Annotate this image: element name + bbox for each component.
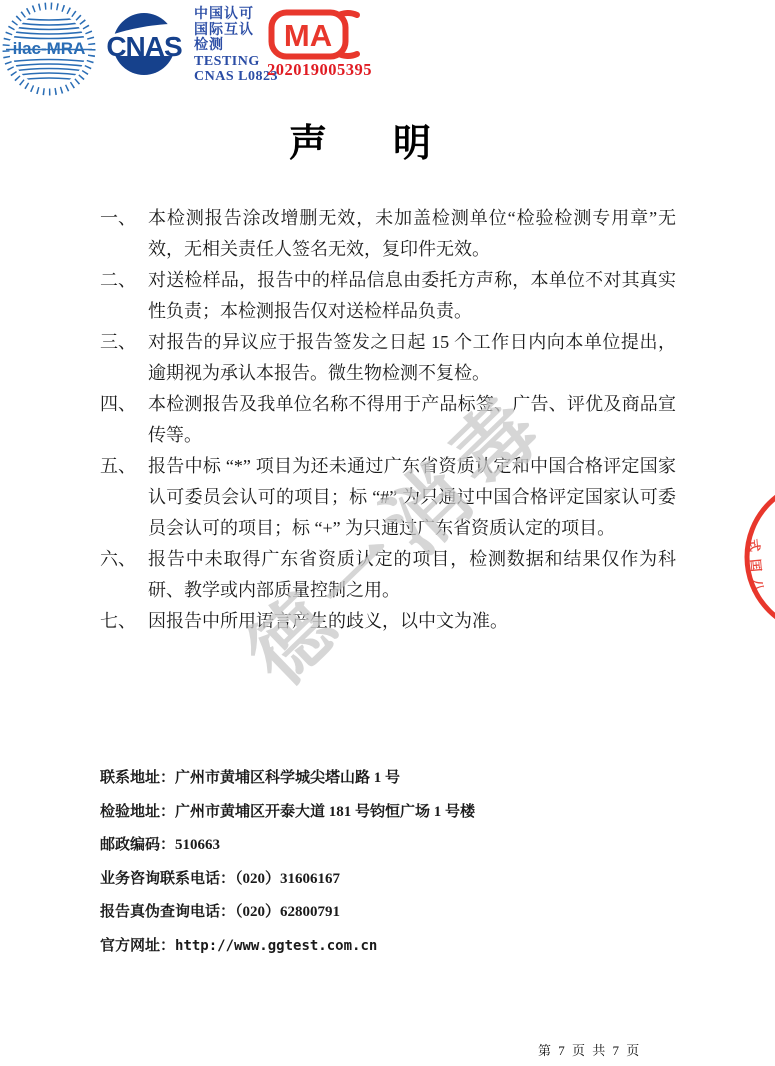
svg-text:ilac-MRA: ilac-MRA	[13, 39, 86, 58]
contact-line-business-phone: 业务咨询联系电话：（020）31606167	[100, 863, 475, 897]
cnas-logo-text: CNAS	[106, 31, 182, 62]
contact-value: （020）62800791	[235, 904, 340, 920]
contact-label: 邮政编码：	[100, 837, 175, 853]
contact-label: 联系地址：	[100, 770, 175, 786]
statement-list: 一、 本检测报告涂改增删无效，未加盖检测单位“检验检测专用章”无效，无相关责任人…	[100, 203, 676, 637]
statement-item: 五、 报告中标 “*” 项目为还未通过广东省资质认定和中国合格评定国家认可委员会…	[100, 451, 676, 544]
statement-number: 七、	[100, 606, 148, 637]
cma-certificate-number: 202019005395	[267, 60, 372, 80]
website-url: http://www.ggtest.com.cn	[175, 938, 377, 954]
contact-line-website: 官方网址：http://www.ggtest.com.cn	[100, 930, 475, 964]
statement-number: 四、	[100, 389, 148, 420]
contact-line-inspection-address: 检验地址：广州市黄埔区开泰大道 181 号钧恒广场 1 号楼	[100, 796, 475, 830]
statement-number: 三、	[100, 327, 148, 358]
accreditation-line: 中国认可	[194, 7, 278, 23]
statement-text: 因报告中所用语言产生的歧义，以中文为准。	[148, 606, 676, 637]
contact-value: （020）31606167	[235, 871, 340, 887]
statement-text: 对送检样品，报告中的样品信息由委托方声称，本单位不对其真实性负责；本检测报告仅对…	[148, 265, 676, 327]
contact-value: 广州市黄埔区科学城尖塔山路 1 号	[175, 770, 400, 786]
statement-text: 对报告的异议应于报告签发之日起 15 个工作日内向本单位提出，逾期视为承认本报告…	[148, 327, 676, 389]
accreditation-line: 国际互认	[194, 23, 278, 39]
statement-item: 三、 对报告的异议应于报告签发之日起 15 个工作日内向本单位提出，逾期视为承认…	[100, 327, 676, 389]
contact-label: 官方网址：	[100, 938, 175, 954]
cnas-logo: CNAS	[101, 12, 187, 81]
contact-label: 业务咨询联系电话：	[100, 871, 235, 887]
ilac-mra-logo: ilac-MRA	[2, 2, 96, 101]
accreditation-line: 检测	[194, 38, 278, 54]
statement-text: 报告中未取得广东省资质认定的项目，检测数据和结果仅作为科研、教学或内部质量控制之…	[148, 544, 676, 606]
cma-logo-icon: MA	[268, 8, 374, 62]
contact-value: 510663	[175, 837, 220, 853]
report-statement-page: ilac-MRA CNAS 中国认可 国际互认 检测 TESTING CNAS …	[0, 0, 775, 1066]
statement-number: 五、	[100, 451, 148, 482]
accreditation-line: TESTING	[194, 54, 278, 70]
statement-item: 四、 本检测报告及我单位名称不得用于产品标签、广告、评优及商品宣传等。	[100, 389, 676, 451]
contact-value: 广州市黄埔区开泰大道 181 号钧恒广场 1 号楼	[175, 804, 475, 820]
statement-number: 一、	[100, 203, 148, 234]
contact-line-verify-phone: 报告真伪查询电话：（020）62800791	[100, 896, 475, 930]
statement-number: 二、	[100, 265, 148, 296]
cma-logo: MA	[268, 8, 374, 67]
statement-text: 报告中标 “*” 项目为还未通过广东省资质认定和中国合格评定国家认可委员会认可的…	[148, 451, 676, 544]
page-number: 第 7 页 共 7 页	[538, 1040, 641, 1059]
statement-item: 一、 本检测报告涂改增删无效，未加盖检测单位“检验检测专用章”无效，无相关责任人…	[100, 203, 676, 265]
accreditation-line: CNAS L0823	[194, 69, 278, 85]
statement-item: 六、 报告中未取得广东省资质认定的项目，检测数据和结果仅作为科研、教学或内部质量…	[100, 544, 676, 606]
ilac-mra-logo-icon: ilac-MRA	[2, 2, 96, 96]
statement-text: 本检测报告及我单位名称不得用于产品标签、广告、评优及商品宣传等。	[148, 389, 676, 451]
contact-line-postcode: 邮政编码：510663	[100, 829, 475, 863]
statement-item: 二、 对送检样品，报告中的样品信息由委托方声称，本单位不对其真实性负责；本检测报…	[100, 265, 676, 327]
statement-text: 本检测报告涂改增删无效，未加盖检测单位“检验检测专用章”无效，无相关责任人签名无…	[148, 203, 676, 265]
cnas-logo-icon: CNAS	[101, 12, 187, 76]
contact-info-block: 联系地址：广州市黄埔区科学城尖塔山路 1 号 检验地址：广州市黄埔区开泰大道 1…	[100, 762, 475, 964]
statement-number: 六、	[100, 544, 148, 575]
contact-label: 报告真伪查询电话：	[100, 904, 235, 920]
cma-logo-text: MA	[284, 18, 332, 53]
statement-item: 七、 因报告中所用语言产生的歧义，以中文为准。	[100, 606, 676, 637]
contact-line-address: 联系地址：广州市黄埔区科学城尖塔山路 1 号	[100, 762, 475, 796]
accreditation-text-block: 中国认可 国际互认 检测 TESTING CNAS L0823	[194, 7, 278, 85]
contact-label: 检验地址：	[100, 804, 175, 820]
page-title: 声明	[289, 112, 497, 167]
